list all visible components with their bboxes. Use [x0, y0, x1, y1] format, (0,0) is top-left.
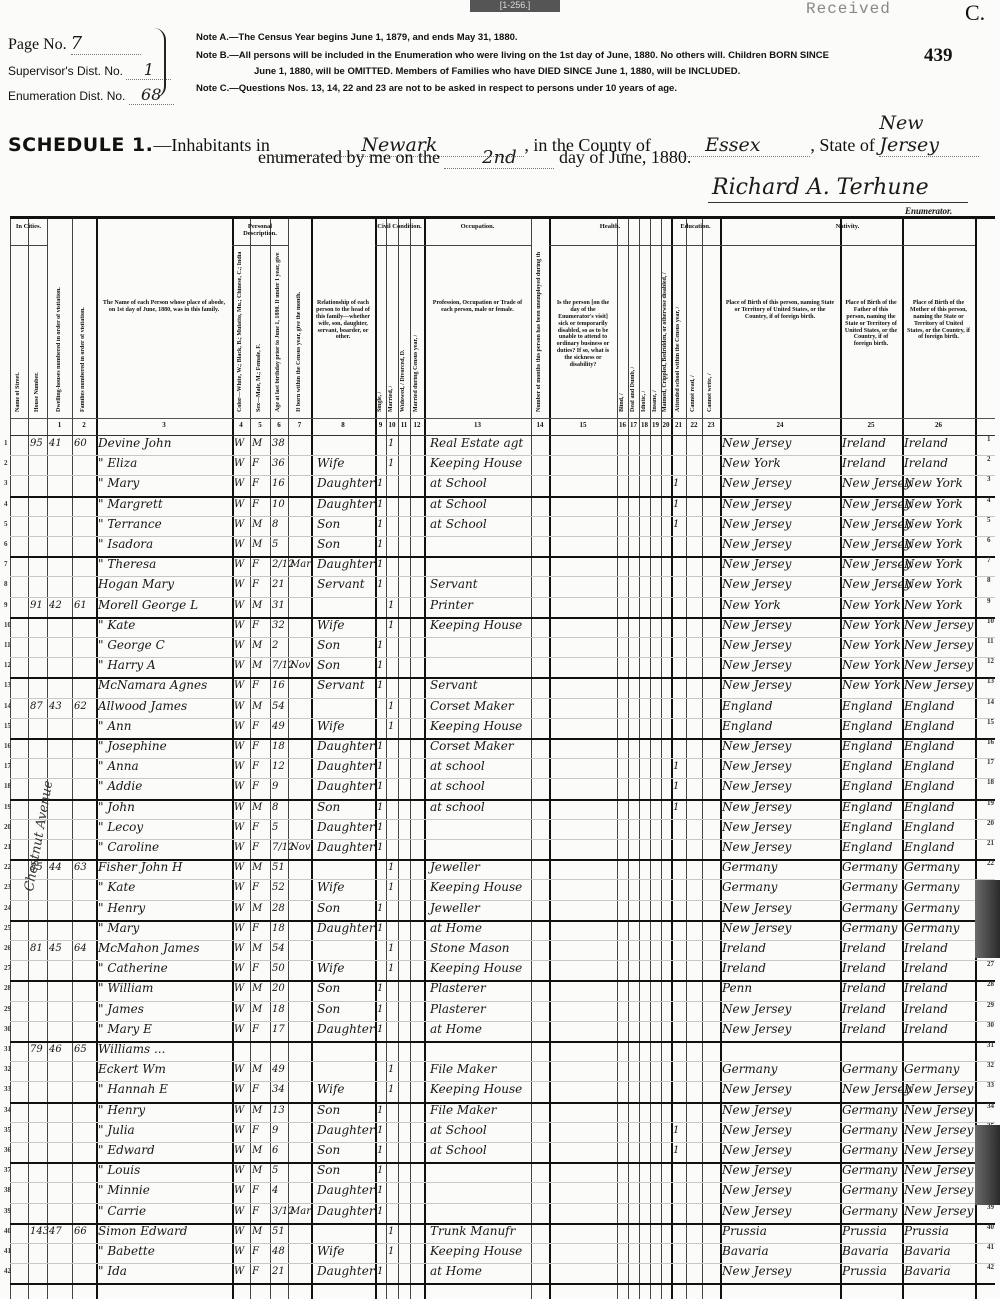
cell-sex: F — [252, 1125, 259, 1136]
table-row: 99914261Morell George LWM311PrinterNew Y… — [10, 597, 995, 619]
note-a: Note A.—The Census Year begins June 1, 1… — [196, 32, 518, 43]
table-row: 4141" BabetteWF48Wife1Keeping HouseBavar… — [10, 1243, 995, 1264]
line-number-right: 4 — [987, 496, 991, 504]
cell-father: England — [842, 779, 893, 793]
cell-single: 1 — [377, 802, 383, 813]
cell-mother: England — [904, 840, 955, 854]
cell-color: W — [234, 1206, 244, 1217]
cell-mother: England — [904, 739, 955, 753]
line-number-right: 6 — [987, 536, 991, 544]
cell-birth: Bavaria — [722, 1244, 769, 1258]
cell-name: " Eliza — [98, 456, 137, 470]
table-row: 1313McNamara AgnesWF16Servant1ServantNew… — [10, 677, 995, 698]
cell-father: Ireland — [842, 981, 886, 995]
cell-color: W — [234, 660, 244, 671]
cell-sex: F — [252, 1206, 259, 1217]
enumeration-date-line: enumerated by me on the 2nd day of June,… — [258, 147, 691, 169]
cell-age: 54 — [272, 701, 285, 712]
cell-age: 5 — [272, 539, 278, 550]
cell-color: W — [234, 862, 244, 873]
line-number: 19 — [4, 803, 11, 811]
table-row: 2222854463Fisher John HWM511JewellerGerm… — [10, 859, 995, 880]
cell-single: 1 — [377, 842, 383, 853]
line-number-right: 9 — [987, 597, 991, 605]
cell-relation: Daughter — [317, 1204, 375, 1218]
cell-mother: New York — [904, 476, 963, 490]
column-header-c22: Cannot read, / — [690, 375, 696, 412]
cell-married: 1 — [388, 862, 394, 873]
cell-single: 1 — [377, 559, 383, 570]
cell-color: W — [234, 721, 244, 732]
cell-single: 1 — [377, 781, 383, 792]
line-number-right: 34 — [987, 1102, 994, 1110]
cell-father: England — [842, 840, 893, 854]
cell-name: " Terrance — [98, 517, 162, 531]
cell-father: Germany — [842, 1143, 897, 1157]
cell-occupation: at school — [430, 779, 485, 793]
column-header-c20: Maimed, Crippled, Bedridden, or otherwis… — [662, 272, 668, 412]
cell-mother: England — [904, 779, 955, 793]
cell-name: " Mary E — [98, 1022, 152, 1036]
line-number-right: 3 — [987, 475, 991, 483]
column-header-c16: Blind, / — [619, 393, 625, 412]
cell-occupation: at school — [430, 759, 485, 773]
cell-color: W — [234, 1185, 244, 1196]
cell-color: W — [234, 701, 244, 712]
cell-mother: Germany — [904, 860, 959, 874]
table-row: 3333" Hannah EWF34Wife1Keeping HouseNew … — [10, 1081, 995, 1103]
cell-occupation: at Home — [430, 921, 482, 935]
cell-relation: Wife — [317, 1244, 345, 1258]
cell-married: 1 — [388, 882, 394, 893]
cell-father: Ireland — [842, 1022, 886, 1036]
cell-mother: Ireland — [904, 456, 948, 470]
cell-relation: Son — [317, 1002, 340, 1016]
cell-single: 1 — [377, 680, 383, 691]
cell-father: New Jersey — [842, 517, 911, 531]
cell-married: 1 — [388, 1246, 394, 1257]
cell-age: 32 — [272, 620, 285, 631]
cell-relation: Wife — [317, 880, 345, 894]
cell-color: W — [234, 539, 244, 550]
cell-dwelling: 42 — [49, 600, 62, 611]
cell-single: 1 — [377, 579, 383, 590]
table-row: 3838" MinnieWF4Daughter1New JerseyGerman… — [10, 1182, 995, 1203]
cell-sex: F — [252, 559, 259, 570]
column-number: 22 — [686, 421, 702, 429]
cell-color: W — [234, 620, 244, 631]
cell-color: W — [234, 923, 244, 934]
cell-birth: New Jersey — [722, 1264, 791, 1278]
column-header-street: Name of Street. — [15, 372, 21, 412]
line-number: 41 — [4, 1247, 11, 1255]
cell-name: Hogan Mary — [98, 577, 174, 591]
column-number: 19 — [650, 421, 661, 429]
cell-relation: Daughter — [317, 497, 375, 511]
page-number-label: Page No. — [8, 36, 67, 53]
cell-relation: Daughter — [317, 557, 375, 571]
cell-sex: M — [252, 903, 262, 914]
cell-age: 12 — [272, 761, 285, 772]
cell-name: " Hannah E — [98, 1082, 168, 1096]
column-header-c8: Relationship of each person to the head … — [315, 300, 371, 341]
cell-sex: F — [252, 1185, 259, 1196]
cell-birth: New Jersey — [722, 497, 791, 511]
cell-single: 1 — [377, 499, 383, 510]
cell-name: Fisher John H — [98, 860, 182, 874]
cell-occupation: Real Estate agt — [430, 436, 523, 450]
cell-sex: M — [252, 640, 262, 651]
table-row: 1616" JosephineWF18Daughter1Corset Maker… — [10, 738, 995, 759]
cell-birth: New Jersey — [722, 1103, 791, 1117]
cell-single: 1 — [377, 1024, 383, 1035]
day-value: 2nd — [444, 147, 554, 169]
cell-age: 21 — [272, 579, 285, 590]
line-number: 14 — [4, 702, 11, 710]
cell-occupation: Keeping House — [430, 719, 522, 733]
cell-school: 1 — [673, 802, 679, 813]
cell-birth: New Jersey — [722, 739, 791, 753]
cell-dwelling: 47 — [49, 1226, 62, 1237]
line-number-right: 10 — [987, 617, 994, 625]
cell-age: 49 — [272, 721, 285, 732]
cell-married: 1 — [388, 1064, 394, 1075]
column-header-c11: Widowed, / Divorced, D. — [400, 350, 406, 412]
cell-mother: Ireland — [904, 1022, 948, 1036]
cell-sex: M — [252, 862, 262, 873]
cell-age: 6 — [272, 1145, 278, 1156]
cell-color: W — [234, 519, 244, 530]
cell-father: England — [842, 759, 893, 773]
table-row: 3535" JuliaWF9Daughter1at School1New Jer… — [10, 1122, 995, 1143]
line-number-right: 27 — [987, 960, 994, 968]
cell-school: 1 — [673, 1145, 679, 1156]
cell-birth: Prussia — [722, 1224, 767, 1238]
column-header-c4: Color—White, W.; Black, B.; Mulatto, Mu.… — [237, 252, 243, 412]
cell-house: 81 — [30, 943, 43, 954]
cell-name: " William — [98, 981, 153, 995]
column-number: 20 — [661, 421, 671, 429]
table-row: 3737" LouisWM5Son1New JerseyGermanyNew J… — [10, 1162, 995, 1183]
group-header-education: Education. — [671, 219, 720, 246]
line-number: 1 — [4, 439, 8, 447]
column-number: 9 — [375, 421, 386, 429]
cell-father: New York — [842, 618, 901, 632]
cell-sex: F — [252, 882, 259, 893]
cell-birth: New Jersey — [722, 921, 791, 935]
cell-relation: Son — [317, 1143, 340, 1157]
cell-birth: New Jersey — [722, 1123, 791, 1137]
cell-color: W — [234, 579, 244, 590]
table-row: 11954160Devine JohnWM381Real Estate agtN… — [10, 435, 995, 456]
cell-sex: M — [252, 943, 262, 954]
cell-age: 51 — [272, 1226, 285, 1237]
table-row: 2727" CatherineWF50Wife1Keeping HouseIre… — [10, 960, 995, 982]
line-number-right: 32 — [987, 1061, 994, 1069]
column-numbers: 1234567891011121314151617181920212223242… — [10, 418, 995, 436]
group-header-personal: Personal Description. — [232, 219, 288, 246]
cell-school: 1 — [673, 478, 679, 489]
cell-father: Ireland — [842, 436, 886, 450]
cell-color: W — [234, 499, 244, 510]
line-number-right: 19 — [987, 799, 994, 807]
line-number-right: 5 — [987, 516, 991, 524]
cell-name: " Caroline — [98, 840, 159, 854]
line-number: 31 — [4, 1045, 11, 1053]
column-number: 15 — [549, 421, 617, 429]
cell-relation: Wife — [317, 1082, 345, 1096]
cell-color: W — [234, 1064, 244, 1075]
cell-married: 1 — [388, 620, 394, 631]
cell-sex: F — [252, 761, 259, 772]
line-number: 10 — [4, 621, 11, 629]
cell-sex: F — [252, 478, 259, 489]
cell-birth: New Jersey — [722, 779, 791, 793]
cell-relation: Wife — [317, 618, 345, 632]
table-row: 4242" IdaWF21Daughter1at HomeNew JerseyP… — [10, 1263, 995, 1285]
cell-color: W — [234, 478, 244, 489]
cell-father: New Jersey — [842, 1082, 911, 1096]
state-label: , State of — [810, 135, 875, 155]
column-number: 8 — [311, 421, 375, 429]
cell-color: W — [234, 842, 244, 853]
column-header-c15: Is the person [on the day of the Enumera… — [553, 300, 613, 369]
column-header-c25: Place of Birth of the Father of this per… — [844, 300, 898, 348]
column-header-c21: Attended school within the Census year, … — [675, 307, 681, 412]
cell-mother: England — [904, 699, 955, 713]
cell-color: W — [234, 1004, 244, 1015]
cell-age: 48 — [272, 1246, 285, 1257]
brace-divider — [150, 28, 166, 98]
column-header-c7: If born within the Census year, give the… — [296, 292, 302, 412]
stamped-page-number: 439 — [924, 45, 953, 67]
cell-birth: Germany — [722, 1062, 777, 1076]
cell-occupation: at School — [430, 1143, 487, 1157]
received-stamp: Received — [806, 0, 891, 18]
table-row: 1414874362Allwood JamesWM541Corset Maker… — [10, 698, 995, 719]
cell-father: Prussia — [842, 1224, 887, 1238]
line-number: 11 — [4, 641, 11, 649]
cell-father: England — [842, 739, 893, 753]
cell-name: " Minnie — [98, 1183, 150, 1197]
cell-birth: New Jersey — [722, 820, 791, 834]
column-number: 23 — [702, 421, 720, 429]
line-number: 29 — [4, 1005, 11, 1013]
cell-single: 1 — [377, 519, 383, 530]
cell-sex: M — [252, 802, 262, 813]
cell-family: 61 — [74, 600, 87, 611]
cell-sex: F — [252, 458, 259, 469]
cell-color: W — [234, 559, 244, 570]
line-number: 36 — [4, 1146, 11, 1154]
cell-father: Ireland — [842, 941, 886, 955]
cell-birth: Ireland — [722, 941, 766, 955]
cell-sex: F — [252, 579, 259, 590]
column-number: 3 — [96, 421, 232, 429]
schedule-title: SCHEDULE 1. — [8, 134, 153, 156]
cell-mother: Bavaria — [904, 1264, 951, 1278]
line-number: 23 — [4, 883, 11, 891]
cell-married: 1 — [388, 963, 394, 974]
cell-single: 1 — [377, 660, 383, 671]
cell-single: 1 — [377, 983, 383, 994]
line-number: 7 — [4, 560, 8, 568]
cell-occupation: Keeping House — [430, 880, 522, 894]
cell-birth: Germany — [722, 880, 777, 894]
line-number: 28 — [4, 984, 11, 992]
cell-relation: Servant — [317, 678, 365, 692]
table-row: 66" IsadoraWM5Son1New JerseyNew JerseyNe… — [10, 536, 995, 558]
cell-color: W — [234, 882, 244, 893]
line-number: 20 — [4, 823, 11, 831]
cell-birth: New Jersey — [722, 557, 791, 571]
cell-father: New York — [842, 598, 901, 612]
cell-age: 52 — [272, 882, 285, 893]
cell-birth: New York — [722, 456, 781, 470]
line-number-right: 15 — [987, 718, 994, 726]
cell-mother: England — [904, 820, 955, 834]
line-number-right: 42 — [987, 1263, 994, 1271]
cell-single: 1 — [377, 478, 383, 489]
cell-mother: New York — [904, 557, 963, 571]
cell-name: " Anna — [98, 759, 139, 773]
cell-single: 1 — [377, 1004, 383, 1015]
cell-relation: Son — [317, 517, 340, 531]
line-number: 22 — [4, 863, 11, 871]
table-row: 44" MargrettWF10Daughter1at School1New J… — [10, 496, 995, 517]
line-number: 30 — [4, 1025, 11, 1033]
cell-father: New York — [842, 658, 901, 672]
cell-mother: New Jersey — [904, 618, 973, 632]
line-number-right: 29 — [987, 1001, 994, 1009]
cell-occupation: at School — [430, 517, 487, 531]
cell-married: 1 — [388, 721, 394, 732]
cell-age: 9 — [272, 781, 278, 792]
enumeration-district-label: Enumeration Dist. No. — [8, 89, 125, 103]
cell-father: England — [842, 699, 893, 713]
cell-single: 1 — [377, 1105, 383, 1116]
table-row: 2424" HenryWM28Son1JewellerNew JerseyGer… — [10, 900, 995, 922]
cell-age: 8 — [272, 519, 278, 530]
cell-sex: F — [252, 1024, 259, 1035]
signature-line — [708, 202, 968, 203]
enumerated-label: enumerated by me on the — [258, 147, 440, 167]
line-number-right: 13 — [987, 677, 994, 685]
table-row: 1919" JohnWM8Son1at school1New JerseyEng… — [10, 799, 995, 820]
column-header-c2: Families numbered in order of visitation… — [80, 307, 86, 412]
cell-father: Germany — [842, 1123, 897, 1137]
cell-name: " Isadora — [98, 537, 153, 551]
line-number: 16 — [4, 742, 11, 750]
cell-birth: Ireland — [722, 961, 766, 975]
cell-married: 1 — [388, 438, 394, 449]
cell-house: 79 — [30, 1044, 43, 1055]
cell-age: 2 — [272, 640, 278, 651]
table-row: 2020" LecoyWF5Daughter1New JerseyEngland… — [10, 819, 995, 840]
cell-color: W — [234, 1165, 244, 1176]
cell-name: " James — [98, 1002, 144, 1016]
line-number: 17 — [4, 762, 11, 770]
column-number: 2 — [72, 421, 96, 429]
cell-father: New Jersey — [842, 577, 911, 591]
cell-color: W — [234, 458, 244, 469]
column-header-c17: Deaf and Dumb, / — [630, 367, 636, 412]
line-number: 26 — [4, 944, 11, 952]
cell-age: 16 — [272, 478, 285, 489]
cell-occupation: Corset Maker — [430, 739, 514, 753]
cell-color: W — [234, 1024, 244, 1035]
cell-relation: Wife — [317, 719, 345, 733]
cell-sex: M — [252, 660, 262, 671]
cell-dwelling: 45 — [49, 943, 62, 954]
cell-sex: M — [252, 1105, 262, 1116]
cell-birth: New Jersey — [722, 800, 791, 814]
cell-relation: Daughter — [317, 1123, 375, 1137]
line-number: 8 — [4, 580, 8, 588]
cell-birth: New Jersey — [722, 1002, 791, 1016]
line-number-right: 8 — [987, 576, 991, 584]
cell-birth: New Jersey — [722, 1143, 791, 1157]
cell-mother: New Jersey — [904, 1082, 973, 1096]
cell-age: 4 — [272, 1185, 278, 1196]
cell-occupation: at School — [430, 1123, 487, 1137]
cell-sex: M — [252, 1226, 262, 1237]
cell-father: Ireland — [842, 456, 886, 470]
cell-mother: New Jersey — [904, 638, 973, 652]
cell-birth: New Jersey — [722, 759, 791, 773]
cell-color: W — [234, 1125, 244, 1136]
line-number: 40 — [4, 1227, 11, 1235]
column-header-c10: Married, / — [388, 386, 394, 412]
table-row: 40401434766Simon EdwardWM511Trunk Manufr… — [10, 1223, 995, 1244]
cell-mother: New Jersey — [904, 1103, 973, 1117]
cell-color: W — [234, 438, 244, 449]
cell-occupation: Stone Mason — [430, 941, 509, 955]
cell-relation: Daughter — [317, 739, 375, 753]
cell-school: 1 — [673, 499, 679, 510]
cell-occupation: at School — [430, 476, 487, 490]
column-header-c13: Profession, Occupation or Trade of each … — [428, 300, 527, 314]
cell-sex: M — [252, 1165, 262, 1176]
cell-mother: New Jersey — [904, 1183, 973, 1197]
table-row: 3131794665Williams ... — [10, 1041, 995, 1062]
table-row: 3636" EdwardWM6Son1at School1New JerseyG… — [10, 1142, 995, 1164]
cell-birth: New Jersey — [722, 476, 791, 490]
cell-mother: New Jersey — [904, 1123, 973, 1137]
cell-name: " Ann — [98, 719, 131, 733]
cell-relation: Son — [317, 658, 340, 672]
line-number: 38 — [4, 1186, 11, 1194]
cell-color: W — [234, 1246, 244, 1257]
date-suffix: day of June, 1880. — [559, 147, 691, 167]
cell-birth: Penn — [722, 981, 752, 995]
cell-birth: England — [722, 719, 773, 733]
cell-single: 1 — [377, 1165, 383, 1176]
cell-father: Germany — [842, 921, 897, 935]
cell-mother: Bavaria — [904, 1244, 951, 1258]
cell-married: 1 — [388, 701, 394, 712]
cell-mother: New Jersey — [904, 1204, 973, 1218]
line-number-right: 22 — [987, 859, 994, 867]
cell-school: 1 — [673, 781, 679, 792]
table-row: 33" MaryWF16Daughter1at School1New Jerse… — [10, 475, 995, 497]
cell-age: 16 — [272, 680, 285, 691]
column-header-c5: Sex—Male, M.; Female, F. — [256, 344, 262, 412]
cell-name: " Babette — [98, 1244, 155, 1258]
cell-sex: F — [252, 963, 259, 974]
cell-single: 1 — [377, 761, 383, 772]
cell-color: W — [234, 802, 244, 813]
